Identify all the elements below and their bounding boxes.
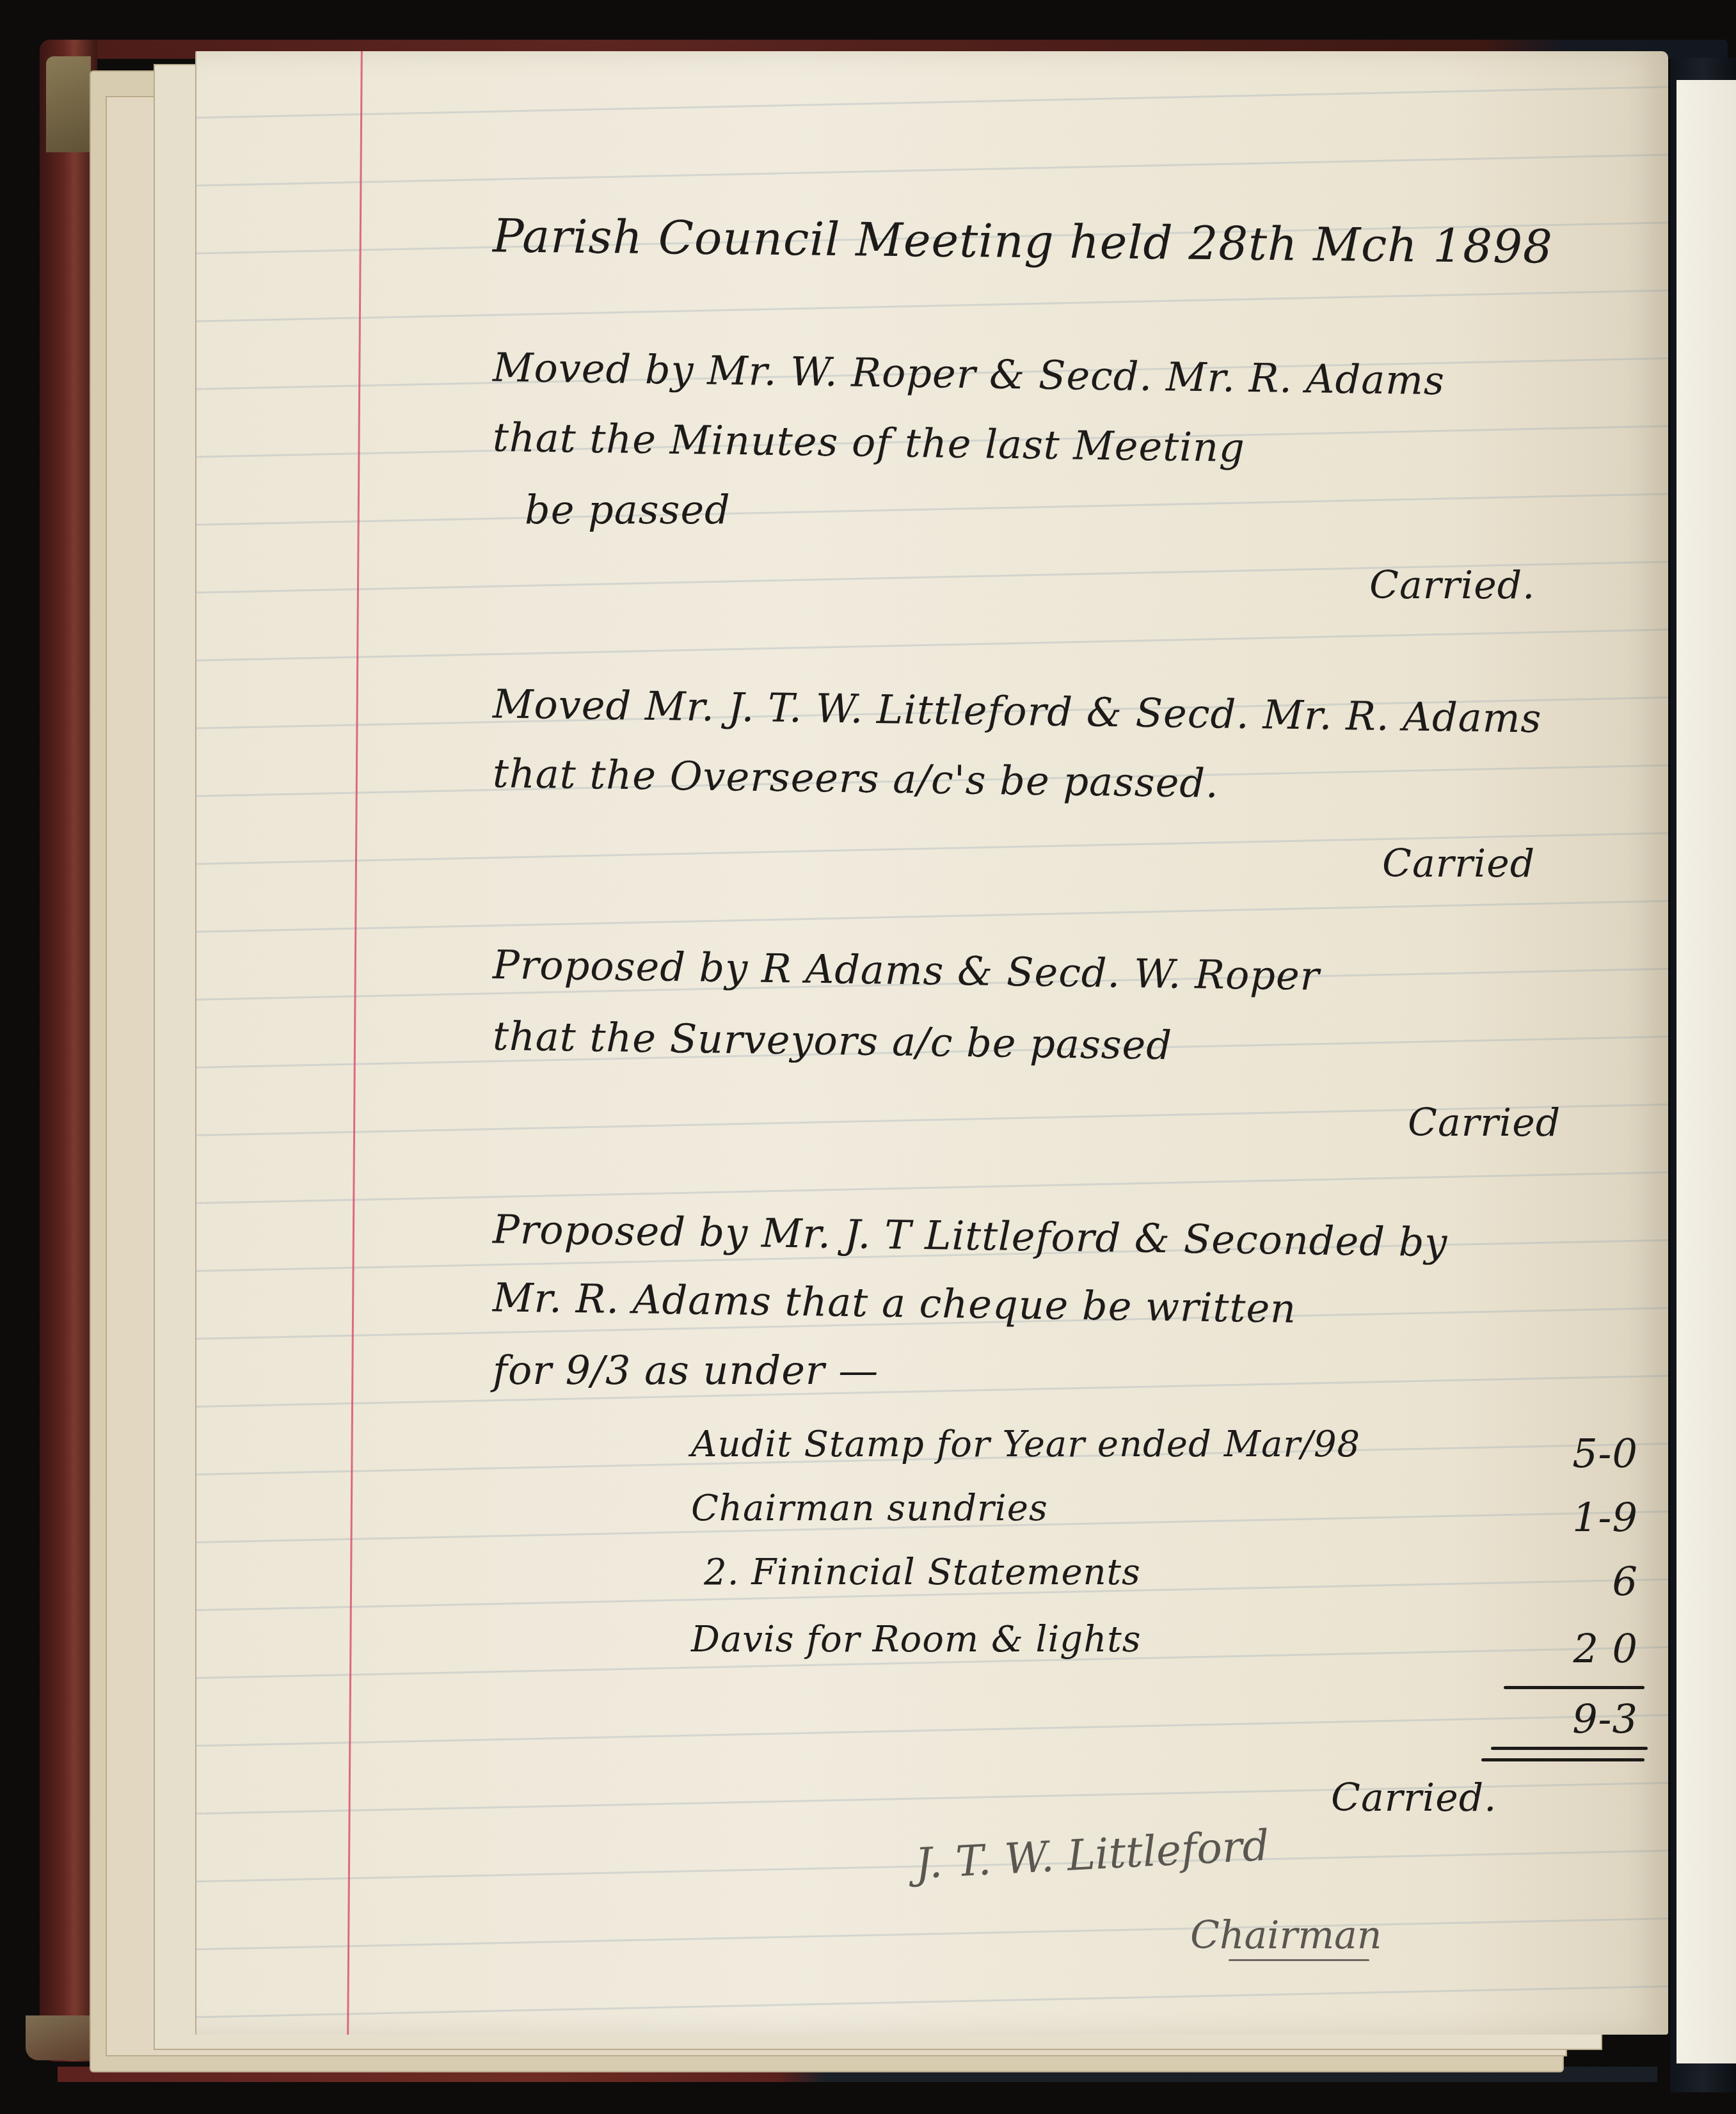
item-1-description: Audit Stamp for Year ended Mar/98 — [691, 1424, 1360, 1465]
item-3-description: 2. Finincial Statements — [704, 1552, 1141, 1593]
resolution-1-line-3: be passed — [525, 486, 731, 533]
resolution-1-result: Carried. — [1369, 563, 1535, 608]
total-amount: 9-3 — [1529, 1696, 1638, 1742]
total-double-rule-2 — [1481, 1758, 1644, 1761]
resolution-4-line-3: for 9/3 as under — — [493, 1347, 879, 1394]
facing-page-edge — [1676, 80, 1736, 2063]
item-4-amount: 2 0 — [1529, 1625, 1638, 1672]
book-cover-worn-corner-top — [46, 56, 91, 152]
signature-underline — [1229, 1959, 1369, 1961]
item-1-amount: 5-0 — [1529, 1430, 1638, 1477]
total-double-rule-1 — [1491, 1747, 1648, 1750]
item-4-description: Davis for Room & lights — [691, 1619, 1142, 1660]
item-2-amount: 1-9 — [1529, 1494, 1638, 1541]
item-2-description: Chairman sundries — [691, 1488, 1048, 1529]
resolution-2-result: Carried — [1382, 841, 1535, 886]
subtotal-rule — [1504, 1686, 1644, 1689]
resolution-3-result: Carried — [1408, 1101, 1561, 1145]
resolution-4-result: Carried. — [1331, 1776, 1497, 1820]
page-title: Parish Council Meeting held 28th Mch 189… — [493, 209, 1554, 273]
book-cover-leather-spine — [40, 40, 97, 2062]
chairman-title: Chairman — [1190, 1913, 1382, 1958]
item-3-amount: 6 — [1529, 1558, 1638, 1605]
resolution-3-line-2: that the Surveyors a/c be passed — [493, 1013, 1173, 1069]
